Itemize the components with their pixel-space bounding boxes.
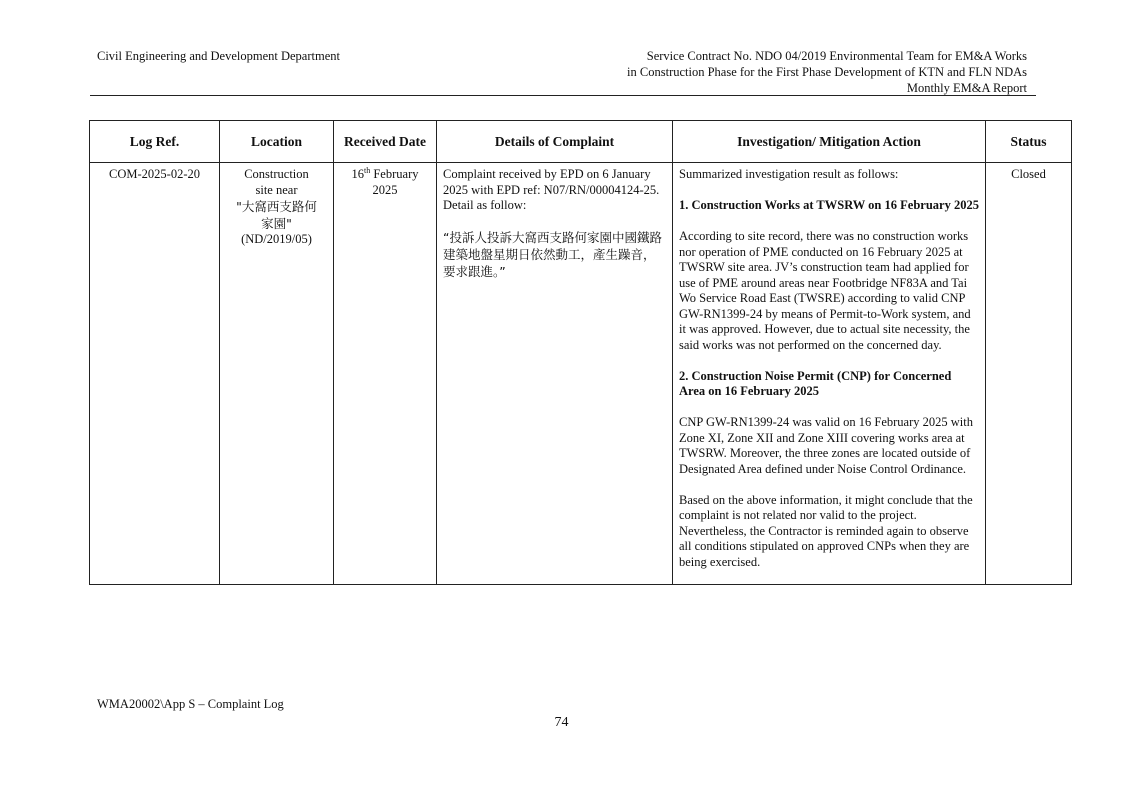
column-header-status: Status [986,121,1072,163]
location-line: Construction [226,167,327,183]
header-contract-line-1: Service Contract No. NDO 04/2019 Environ… [627,48,1027,64]
cell-status: Closed [986,163,1072,585]
details-quote: “投訴人投訴大窩西支路何家園中國鐵路建築地盤星期日依然動工，產生躁音，要求跟進。… [443,229,666,280]
cell-location: Construction site near "大窩西支路何 家園" (ND/2… [220,163,334,585]
complaint-log-table: Log Ref. Location Received Date Details … [89,120,1072,585]
table-header-row: Log Ref. Location Received Date Details … [90,121,1072,163]
column-header-log-ref: Log Ref. [90,121,220,163]
investigation-section-1-body: According to site record, there was no c… [679,229,979,353]
details-intro: Complaint received by EPD on 6 January 2… [443,167,666,214]
location-line: 家園" [226,215,327,232]
received-date-line-1: 16th February [340,167,430,183]
header-contract-info: Service Contract No. NDO 04/2019 Environ… [627,48,1027,96]
column-header-details: Details of Complaint [437,121,673,163]
investigation-conclusion: Based on the above information, it might… [679,493,979,571]
investigation-section-2-body: CNP GW-RN1399-24 was valid on 16 Februar… [679,415,979,477]
cell-log-ref: COM-2025-02-20 [90,163,220,585]
location-line: "大窩西支路何 [226,198,327,215]
column-header-investigation: Investigation/ Mitigation Action [673,121,986,163]
header-contract-line-2: in Construction Phase for the First Phas… [627,64,1027,80]
cell-received-date: 16th February 2025 [334,163,437,585]
investigation-summary: Summarized investigation result as follo… [679,167,979,183]
header-report-title: Monthly EM&A Report [627,80,1027,96]
table-row: COM-2025-02-20 Construction site near "大… [90,163,1072,585]
location-line: site near [226,183,327,199]
header-department: Civil Engineering and Development Depart… [97,48,340,64]
cell-investigation: Summarized investigation result as follo… [673,163,986,585]
footer-doc-ref: WMA20002\App S – Complaint Log [97,697,284,712]
date-day: 16 [352,167,365,181]
header-rule [90,95,1036,96]
date-month: February [370,167,418,181]
column-header-received-date: Received Date [334,121,437,163]
received-date-year: 2025 [340,183,430,199]
investigation-section-2-title: 2. Construction Noise Permit (CNP) for C… [679,369,979,400]
page-number: 74 [0,715,1123,731]
investigation-section-1-title: 1. Construction Works at TWSRW on 16 Feb… [679,198,979,214]
location-line: (ND/2019/05) [226,232,327,248]
column-header-location: Location [220,121,334,163]
cell-details: Complaint received by EPD on 6 January 2… [437,163,673,585]
